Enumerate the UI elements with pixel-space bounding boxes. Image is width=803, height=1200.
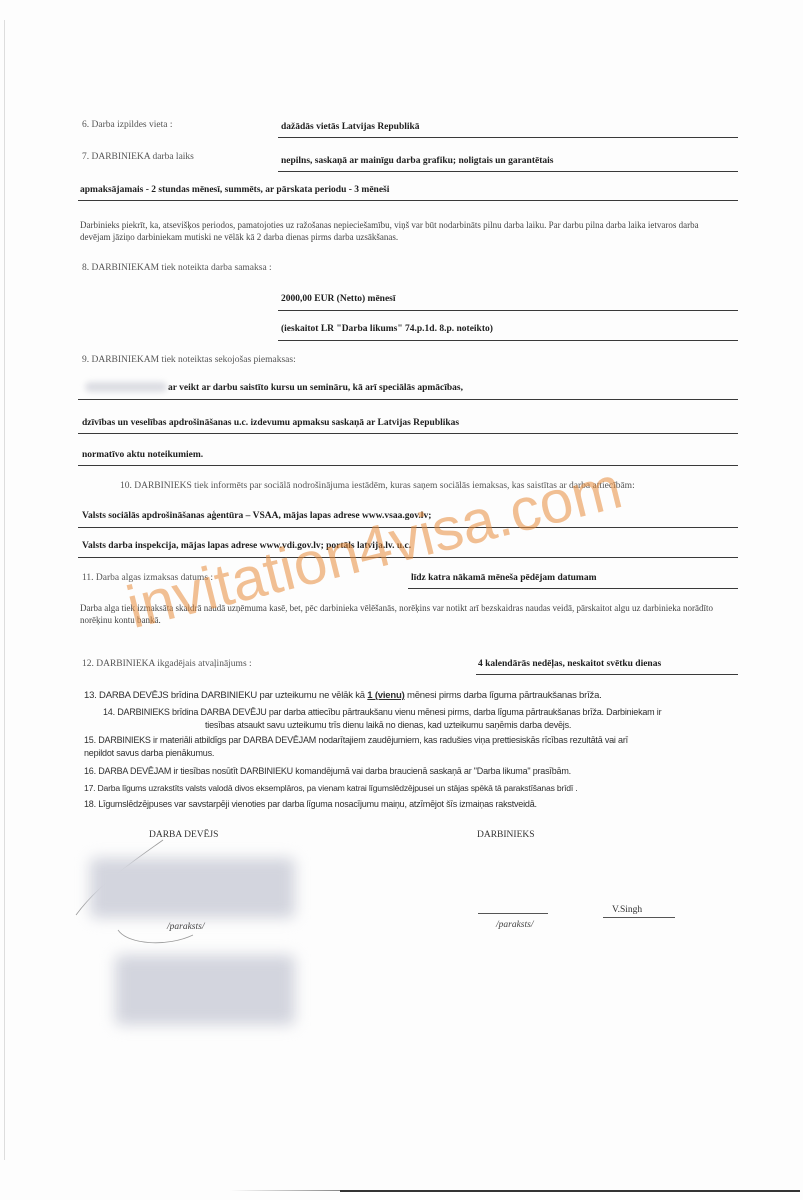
employee-heading: DARBINIEKS — [477, 830, 535, 840]
redacted-employer-signature — [90, 858, 295, 918]
clause-13-text-end: mēnesi pirms darba līguma pārtraukšanas … — [405, 690, 602, 701]
section6-label: 6. Darba izpildes vieta : — [82, 120, 172, 130]
section7-note: Darbinieks piekrīt, ka, atsevišķos perio… — [80, 219, 730, 243]
section9-underline1 — [78, 399, 738, 400]
section8-value-line2: (ieskaitot LR "Darba likums" 74.p.1d. 8.… — [281, 324, 493, 334]
section11-label: 11. Darba algas izmaksas datums : — [82, 573, 213, 583]
section12-underline — [476, 674, 738, 675]
employee-name-underline — [603, 917, 675, 918]
section9-underline2 — [78, 433, 738, 434]
section9-label: 9. DARBINIEKAM tiek noteiktas sekojošas … — [82, 355, 296, 365]
clause-15-line2: nepildot savus darba pienākumus. — [84, 748, 214, 758]
section9-line1: ar veikt ar darbu saistīto kursu un semi… — [168, 383, 463, 393]
section9-underline3 — [78, 465, 738, 466]
section8-label: 8. DARBINIEKAM tiek noteikta darba samak… — [82, 263, 272, 273]
section6-underline — [278, 137, 738, 138]
section8-underline2 — [278, 340, 738, 341]
section10-line2: Valsts darba inspekcija, mājas lapas adr… — [82, 541, 411, 551]
employee-sign-label: /paraksts/ — [496, 920, 533, 930]
section12-label: 12. DARBINIEKA ikgadējais atvaļinājums : — [82, 659, 252, 669]
clause-18: 18. Līgumslēdzējpuses var savstarpēji vi… — [84, 799, 537, 809]
clause-16: 16. DARBA DEVĒJAM ir tiesības nosūtīt DA… — [84, 766, 571, 776]
section7-underline2 — [78, 200, 738, 201]
section9-line2: dzīvības un veselības apdrošināšanas u.c… — [82, 418, 459, 428]
section6-value: dažādās vietās Latvijas Republikā — [281, 122, 420, 132]
clause-17: 17. Darba līgums uzrakstīts valsts valod… — [84, 783, 577, 793]
section8-value-line1: 2000,00 EUR (Netto) mēnesī — [281, 294, 396, 304]
section10-underline1 — [78, 527, 738, 528]
section10-label: 10. DARBINIEKS tiek informēts par sociāl… — [120, 481, 635, 491]
section9-line3: normatīvo aktu noteikumiem. — [82, 450, 203, 460]
redacted-text — [85, 382, 167, 392]
section7-label: 7. DARBINIEKA darba laiks — [82, 152, 194, 162]
section7-value-line1: nepilns, saskaņā ar mainīgu darba grafik… — [281, 156, 553, 166]
bottom-edge-fade — [230, 1190, 340, 1191]
section8-underline1 — [278, 310, 738, 311]
employee-signature-line — [478, 913, 548, 914]
clause-14-line1: 14. DARBINIEKS brīdina DARBA DEVĒJU par … — [103, 707, 661, 717]
clause-15-line1: 15. DARBINIEKS ir materiāli atbildīgs pa… — [84, 735, 628, 745]
redacted-stamp — [115, 955, 295, 1025]
bottom-edge-line — [340, 1190, 800, 1192]
section11-underline — [408, 588, 738, 589]
employer-sign-label: /paraksts/ — [167, 922, 204, 932]
section12-value: 4 kalendārās nedēļas, neskaitot svētku d… — [478, 659, 661, 669]
clause-13-term: 1 (vienu) — [367, 690, 404, 701]
scan-edge — [4, 20, 5, 1160]
section11-note: Darba alga tiek izmaksāta skaidrā naudā … — [80, 602, 735, 626]
clause-13-text: 13. DARBA DEVĒJS brīdina DARBINIEKU par … — [84, 690, 367, 701]
section7-value-line2: apmaksājamais - 2 stundas mēnesī, summēt… — [80, 185, 389, 195]
section10-underline2 — [78, 557, 738, 558]
section7-underline1 — [278, 171, 738, 172]
clause-13: 13. DARBA DEVĒJS brīdina DARBINIEKU par … — [84, 690, 602, 701]
section11-value: līdz katra nākamā mēneša pēdējam datumam — [411, 573, 597, 583]
clause-14-line2: tiesības atsaukt savu uzteikumu trīs die… — [205, 720, 571, 730]
employee-name: V.Singh — [612, 905, 642, 915]
section10-line1: Valsts sociālās apdrošināšanas aģentūra … — [82, 511, 431, 521]
